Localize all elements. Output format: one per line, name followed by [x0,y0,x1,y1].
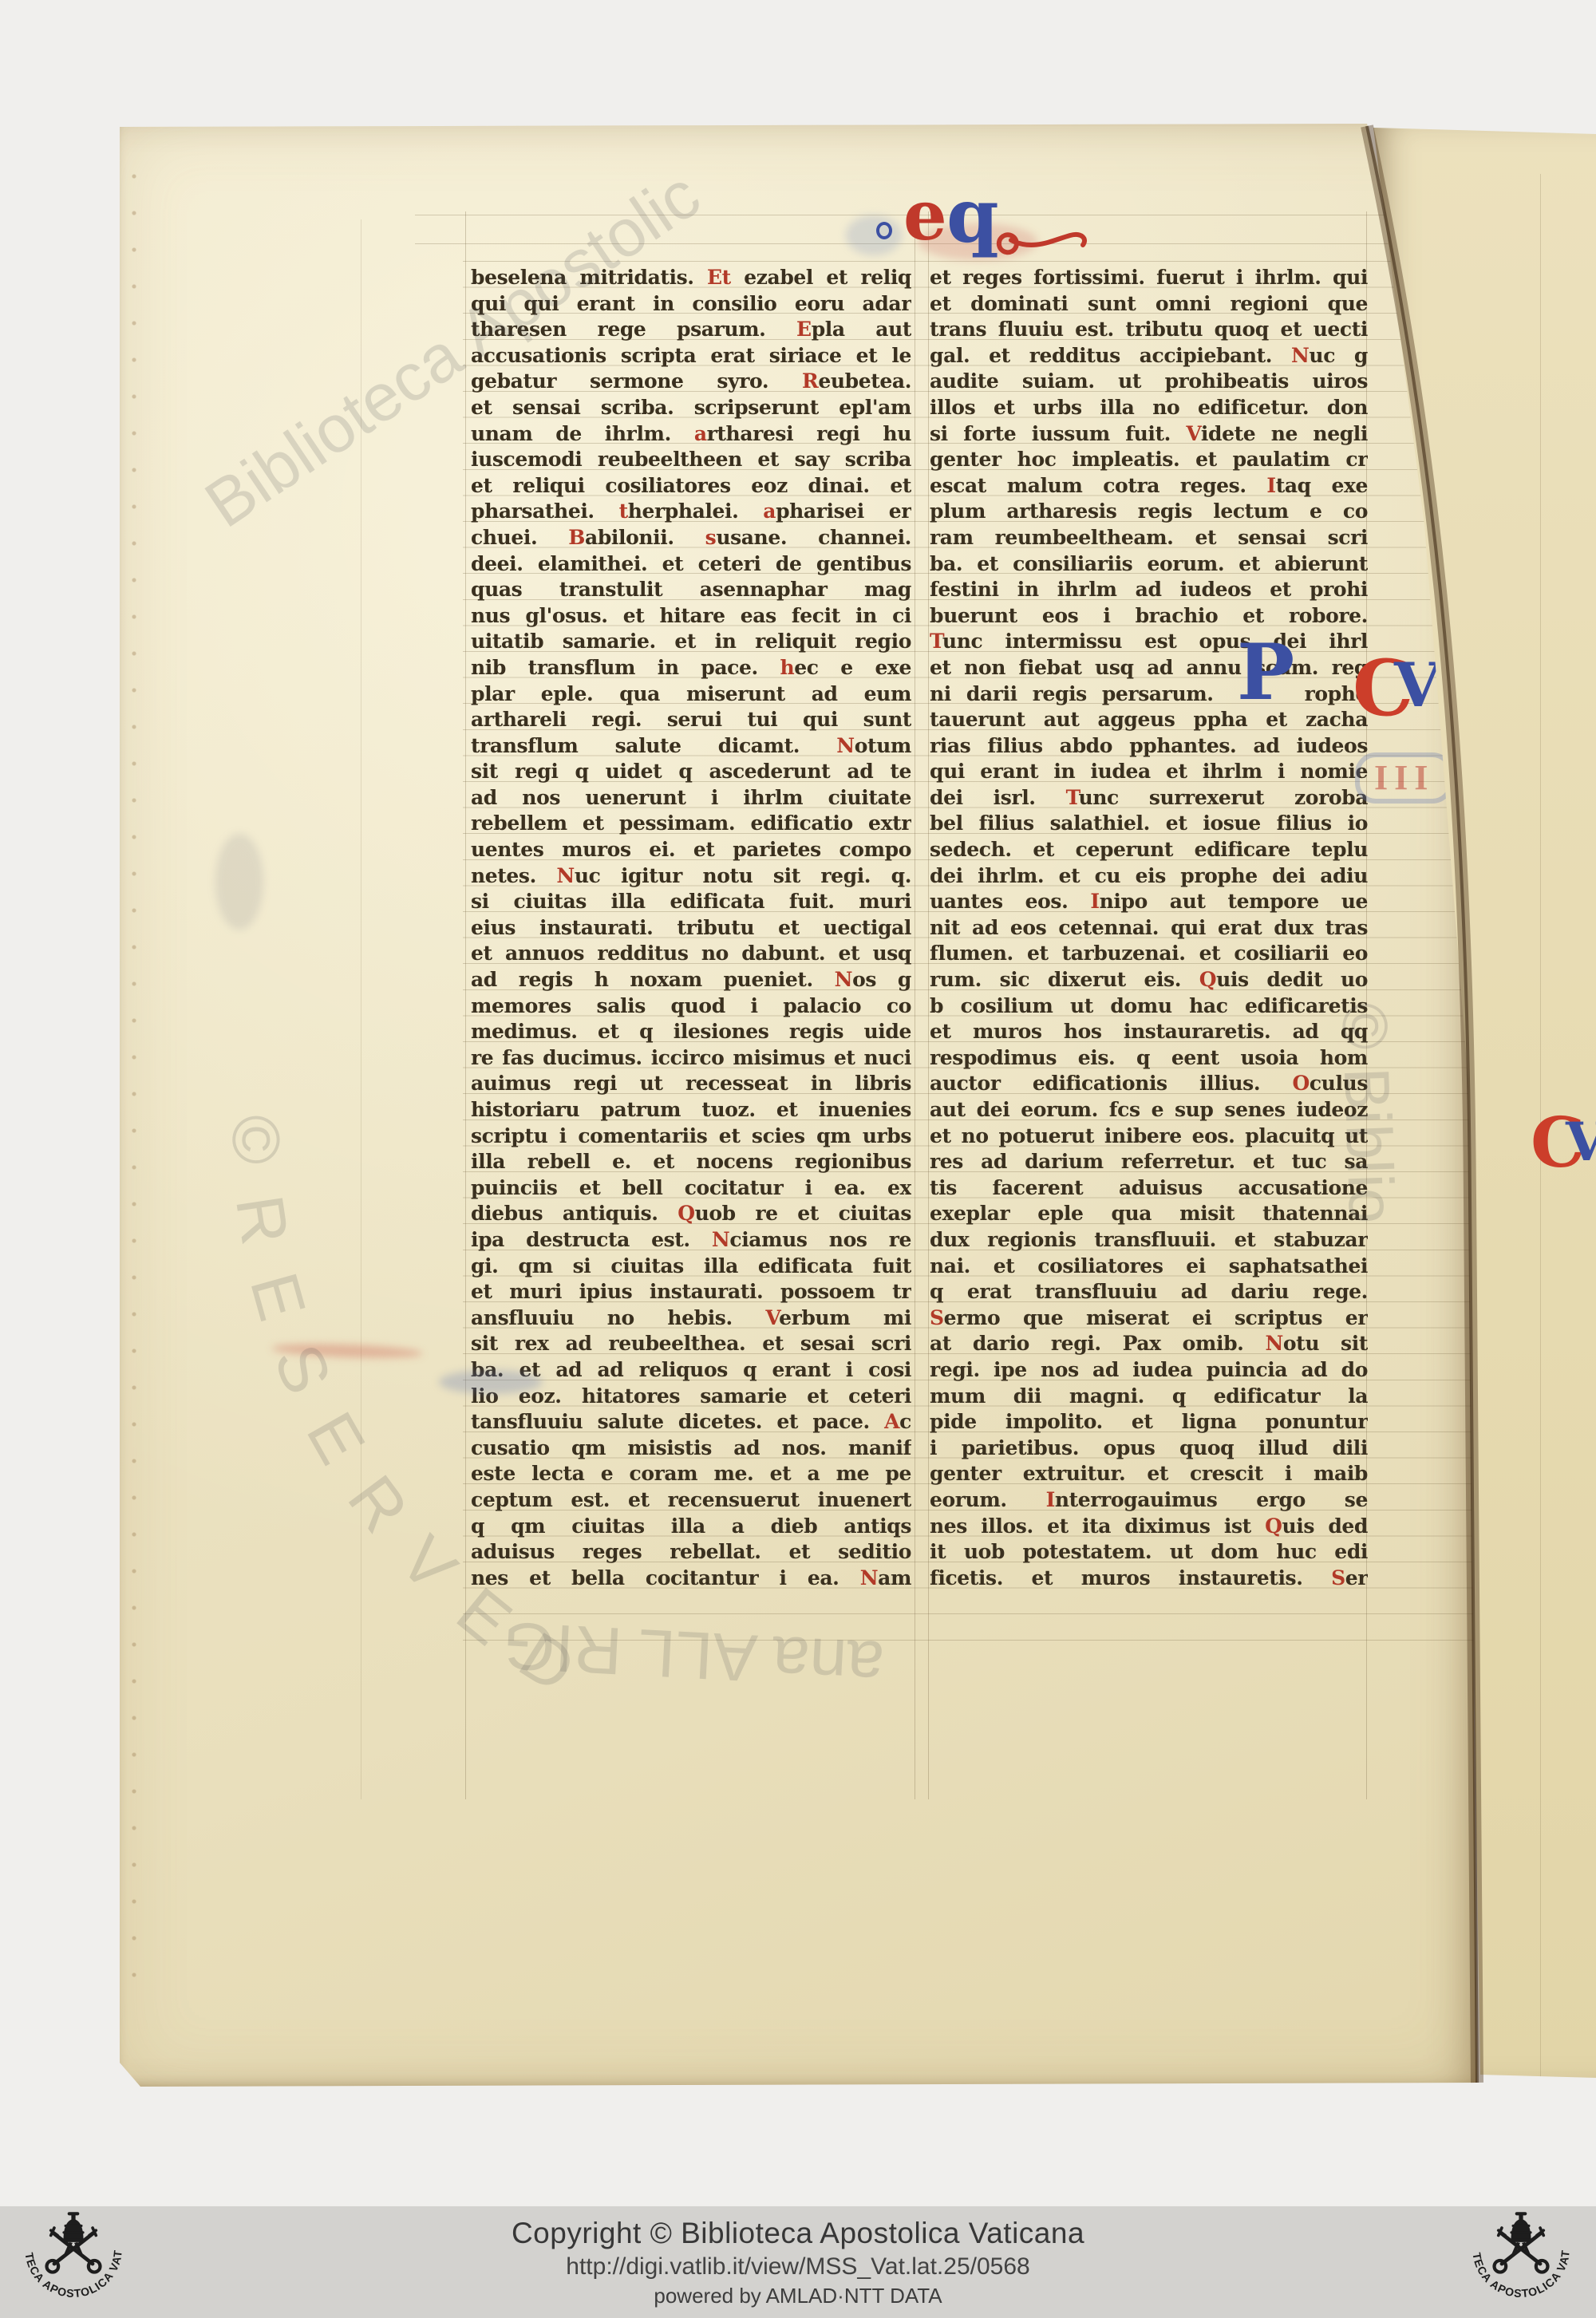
text-line: este lecta e coram me. et a me pe [471,1461,911,1487]
text-line: illa rebell e. et nocens regionibus [471,1149,911,1175]
faded-numeral-stamp: III [1355,752,1453,804]
text-line: gebatur sermone syro. Reubetea. [471,369,911,395]
text-line: deei. elamithei. et ceteri de gentibus [471,551,911,578]
text-line: tis facerent aduisus accusatione [930,1175,1368,1202]
text-line: audite suiam. ut prohibeatis uiros [930,369,1368,395]
footer-copyright: Copyright © Biblioteca Apostolica Vatica… [512,2217,1084,2250]
text-line: qui erant in iudea et ihrlm i nomie [930,759,1368,785]
text-line: res ad darium referretur. et tuc sa [930,1149,1368,1175]
text-line: rebellem et pessimam. edificatio extr [471,811,911,837]
text-line: chuei. Babilonii. susane. channei. [471,525,911,551]
text-line: gi. qm si ciuitas illa edificata fuit [471,1254,911,1280]
text-line: plum artharesis regis lectum e co [930,499,1368,525]
text-line: Sermo que miserat ei scriptus er [930,1305,1368,1332]
text-line: escat malum cotra reges. Itaq exe [930,473,1368,500]
text-line: et muros hos instauraretis. ad qq [930,1019,1368,1045]
text-line: nes illos. et ita diximus ist Quis ded [930,1514,1368,1540]
text-line: et reliqui cosiliatores eoz dinai. et [471,473,911,500]
text-line: cusatio qm misistis ad nos. manif [471,1435,911,1462]
text-line: beselena mitridatis. Et ezabel et reliq [471,265,911,291]
text-line: netes. Nuc igitur notu sit regi. q. [471,863,911,890]
text-line: at dario regi. Pax omib. Notu sit [930,1331,1368,1357]
text-line: tharesen rege psarum. Epla aut [471,317,911,343]
text-line: tansfluuiu salute dicetes. et pace. Ac [471,1409,911,1435]
text-line: nus gl'osus. et hitare eas fecit in ci [471,603,911,630]
text-line: pharsathei. therphalei. apharisei er [471,499,911,525]
ink-smudge [271,1342,423,1360]
scan-background: e q beselena mitridatis. Et ezabel et re… [0,0,1596,2318]
text-line: ram reumbeeltheam. et sensai scri [930,525,1368,551]
ruling-line-vertical [361,219,361,1799]
ruling-line-vertical [915,211,915,1799]
text-line: genter extruitur. et crescit i maib [930,1461,1368,1487]
vatican-library-seal: BIBLIOTECA APOSTOLICA VATICANA [1454,2209,1588,2316]
quire-letter-q: q [946,179,999,254]
text-line: et no potuerut inibere eos. placuitq ut [930,1123,1368,1150]
text-line: eius instaurati. tributu et uectigal [471,915,911,942]
text-line: nes et bella cocitantur i ea. Nam [471,1566,911,1592]
text-line: q erat transfluuiu ad dariu rege. [930,1279,1368,1305]
footer-url: http://digi.vatlib.it/view/MSS_Vat.lat.2… [566,2253,1029,2280]
text-line: sedech. et ceperunt edificare teplu [930,837,1368,863]
text-column-right: et reges fortissimi. fuerut i ihrlm. qui… [930,265,1368,1591]
chapter-letter-v: V [1394,655,1441,716]
text-line: genter hoc impleatis. et paulatim cr [930,447,1368,473]
text-line: si forte iussum fuit. Videte ne negli [930,421,1368,448]
text-line: q qm ciuitas illa a dieb antiqs [471,1514,911,1540]
quire-letter-e: e [903,182,947,251]
text-line: qui qui erant in consilio eoru adar [471,291,911,318]
text-line: historiaru patrum tuoz. et inuenies [471,1097,911,1123]
text-line: et sensai scriba. scripserunt epl'am [471,395,911,421]
text-line: ficetis. et muros instauretis. Ser [930,1566,1368,1592]
text-line: dei ihrlm. et cu eis prophe dei adiu [930,863,1368,890]
text-line: diebus antiquis. Quob re et ciuitas [471,1201,911,1227]
text-line: medimus. et q ilesiones regis uide [471,1019,911,1045]
text-line: et dominati sunt omni regioni que [930,291,1368,318]
text-line: sit regi q uidet q ascederunt ad te [471,759,911,785]
pricking-holes [131,172,137,1991]
text-line: uantes eos. Inipo aut tempore ue [930,889,1368,915]
text-line: arthareli regi. serui tui qui sunt [471,707,911,733]
ink-smudge [215,834,263,930]
text-line: plar eple. qua miserunt ad eum [471,681,911,708]
text-line: ad nos uenerunt i ihrlm ciuitate [471,785,911,811]
text-line: flumen. et tarbuzenai. et cosiliarii eo [930,941,1368,967]
text-column-left: beselena mitridatis. Et ezabel et reliqq… [471,265,911,1591]
text-line: i parietibus. opus quoq illud dili [930,1435,1368,1462]
text-line: puinciis et bell cocitatur i ea. ex [471,1175,911,1202]
text-line: et reges fortissimi. fuerut i ihrlm. qui [930,265,1368,291]
text-line: aduisus reges rebellat. et seditio [471,1539,911,1566]
text-line: unam de ihrlm. artharesi regi hu [471,421,911,448]
text-line: regi. ipe nos ad iudea puincia ad do [930,1357,1368,1384]
text-line: et muri ipius instaurati. possoem tr [471,1279,911,1305]
ink-smudge [439,1370,543,1394]
illuminated-initial-p: P [1237,634,1294,711]
text-line: illos et urbs illa no edificetur. don [930,395,1368,421]
text-line: dux regionis transfluuii. et stabuzar [930,1227,1368,1254]
text-line: it uob potestatem. ut dom huc edi [930,1539,1368,1566]
text-line: eorum. Interrogauimus ergo se [930,1487,1368,1514]
text-line: nai. et cosiliatores ei saphatsathei [930,1254,1368,1280]
text-line: transflum salute dicamt. Notum [471,733,911,760]
text-line: mum dii magni. q edificatur la [930,1384,1368,1410]
text-line: sit rex ad reubeelthea. et sesai scri [471,1331,911,1357]
text-line: nib transflum in pace. hec e exe [471,655,911,681]
text-line: ni darii regis persarum. rophe [930,681,1368,708]
text-line: ceptum est. et recensuerut inuenert [471,1487,911,1514]
text-line: ad regis h noxam pueniet. Nos g [471,967,911,993]
footer-powered-by: powered by AMLAD·NTT DATA [654,2284,942,2308]
text-line: uitatib samarie. et in reliquit regio [471,629,911,655]
text-line: rias filius abdo pphantes. ad iudeos [930,733,1368,760]
text-line: accusationis scripta erat siriace et le [471,343,911,369]
text-line: aut dei eorum. fcs e sup senes iudeoz [930,1097,1368,1123]
text-line: et annuos redditus no dabunt. et usq [471,941,911,967]
next-folio-chapter-mark: C V [1531,1109,1596,1189]
text-line: rum. sic dixerut eis. Quis dedit uo [930,967,1368,993]
text-line: scriptu i comentariis et scies qm urbs [471,1123,911,1150]
text-line: auimus regi ut recesseat in libris [471,1071,911,1097]
text-line: iuscemodi reubeeltheen et say scriba [471,447,911,473]
text-line: b cosilium ut domu hac edificaretis [930,993,1368,1020]
text-line: ansfluuiu no hebis. Verbum mi [471,1305,911,1332]
text-line: bel filius salathiel. et iosue filius io [930,811,1368,837]
text-line: respodimus eis. q eent usoia hom [930,1045,1368,1072]
text-line: buerunt eos i brachio et robore. [930,603,1368,630]
text-line: nit ad eos cetennai. qui erat dux tras [930,915,1368,942]
text-line: re fas ducimus. iccirco misimus et nuci [471,1045,911,1072]
text-line: quas transtulit asennaphar mag [471,577,911,603]
manuscript-page: e q beselena mitridatis. Et ezabel et re… [120,124,1477,2087]
text-line: uentes muros ei. et parietes compo [471,837,911,863]
footer-bar: Copyright © Biblioteca Apostolica Vatica… [0,2206,1596,2318]
text-line: ba. et consiliariis eorum. et abierunt [930,551,1368,578]
text-line: si ciuitas illa edificata fuit. muri [471,889,911,915]
text-line: tauerunt aut aggeus ppha et zacha [930,707,1368,733]
text-line: dei isrl. Tunc surrexerut zoroba [930,785,1368,811]
text-line: et non fiebat usq ad annu scdm. reg [930,655,1368,681]
ruling-line-vertical [465,211,466,1799]
text-line: trans fluuiu est. tributu quoq et uecti [930,317,1368,343]
text-line: festini in ihrlm ad iudeos et prohi [930,577,1368,603]
text-line: memores salis quod i palacio co [471,993,911,1020]
chapter-letter-v: V [1566,1116,1596,1168]
text-line: auctor edificationis illius. Oculus [930,1071,1368,1097]
text-line: ipa destructa est. Nciamus nos re [471,1227,911,1254]
vatican-library-seal: BIBLIOTECA APOSTOLICA VATICANA [6,2209,140,2316]
text-line: exeplar eple qua misit thatennai [930,1201,1368,1227]
ink-smudge [846,215,902,255]
ruling-line-vertical [928,211,929,1799]
blue-dot-ornament [876,222,892,239]
text-line: gal. et redditus accipiebant. Nuc g [930,343,1368,369]
text-line: pide impolito. et ligna ponuntur [930,1409,1368,1435]
text-line: Tunc intermissu est opus dei ihrl [930,629,1368,655]
